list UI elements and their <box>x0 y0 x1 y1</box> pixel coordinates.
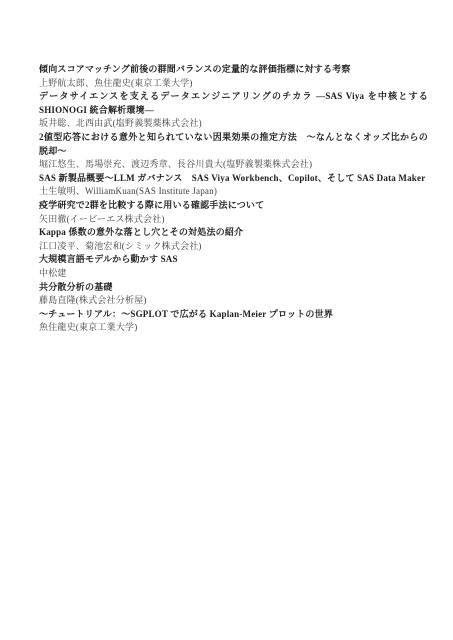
session-authors: 魚住龍史(東京工業大学) <box>39 321 428 335</box>
program-list: 傾向スコアマッチング前後の群間バランスの定量的な評価指標に対する考察 上野航太郎… <box>39 63 428 335</box>
session-authors: 江口凌平、菊池宏和(シミック株式会社) <box>39 240 428 254</box>
session-title: 共分散分析の基礎 <box>39 281 428 295</box>
document-page: 傾向スコアマッチング前後の群間バランスの定量的な評価指標に対する考察 上野航太郎… <box>0 0 453 640</box>
session-authors: 上野航太郎、魚住龍史(東京工業大学) <box>39 77 428 91</box>
session-title: SAS 新製品概要～LLM ガバナンス SAS Viya Workbench、C… <box>39 172 428 186</box>
session-entry: 疫学研究で2群を比較する際に用いる確認手法について 矢田徹(イービーエス株式会社… <box>39 199 428 226</box>
session-title: 傾向スコアマッチング前後の群間バランスの定量的な評価指標に対する考察 <box>39 63 428 77</box>
session-entry: 2値型応答における意外と知られていない因果効果の推定方法 ～なんとなくオッズ比か… <box>39 131 428 172</box>
session-entry: ～チュートリアル：～SGPLOT で広がる Kaplan-Meier プロットの… <box>39 308 428 335</box>
session-title: 大規模言語モデルから動かす SAS <box>39 253 428 267</box>
session-authors: 矢田徹(イービーエス株式会社) <box>39 213 428 227</box>
session-title: 疫学研究で2群を比較する際に用いる確認手法について <box>39 199 428 213</box>
session-title: Kappa 係数の意外な落とし穴とその対処法の紹介 <box>39 226 428 240</box>
session-title: データサイエンスを支えるデータエンジニアリングのチカラ ―SAS Viya を中… <box>39 90 428 117</box>
session-entry: データサイエンスを支えるデータエンジニアリングのチカラ ―SAS Viya を中… <box>39 90 428 131</box>
session-entry: 大規模言語モデルから動かす SAS 中松建 <box>39 253 428 280</box>
session-authors: 中松建 <box>39 267 428 281</box>
session-title: ～チュートリアル：～SGPLOT で広がる Kaplan-Meier プロットの… <box>39 308 428 322</box>
session-entry: SAS 新製品概要～LLM ガバナンス SAS Viya Workbench、C… <box>39 172 428 199</box>
session-authors: 坂井聡、北西由武(塩野義製薬株式会社) <box>39 117 428 131</box>
session-entry: 傾向スコアマッチング前後の群間バランスの定量的な評価指標に対する考察 上野航太郎… <box>39 63 428 90</box>
session-authors: 藤島直隆(株式会社分析屋) <box>39 294 428 308</box>
session-authors: 土生敏明、WilliamKuan(SAS Institute Japan) <box>39 185 428 199</box>
session-entry: 共分散分析の基礎 藤島直隆(株式会社分析屋) <box>39 281 428 308</box>
session-authors: 堀江悠生、馬場崇充、渡辺秀章、長谷川貴大(塩野義製薬株式会社) <box>39 158 428 172</box>
session-entry: Kappa 係数の意外な落とし穴とその対処法の紹介 江口凌平、菊池宏和(シミック… <box>39 226 428 253</box>
session-title: 2値型応答における意外と知られていない因果効果の推定方法 ～なんとなくオッズ比か… <box>39 131 428 158</box>
